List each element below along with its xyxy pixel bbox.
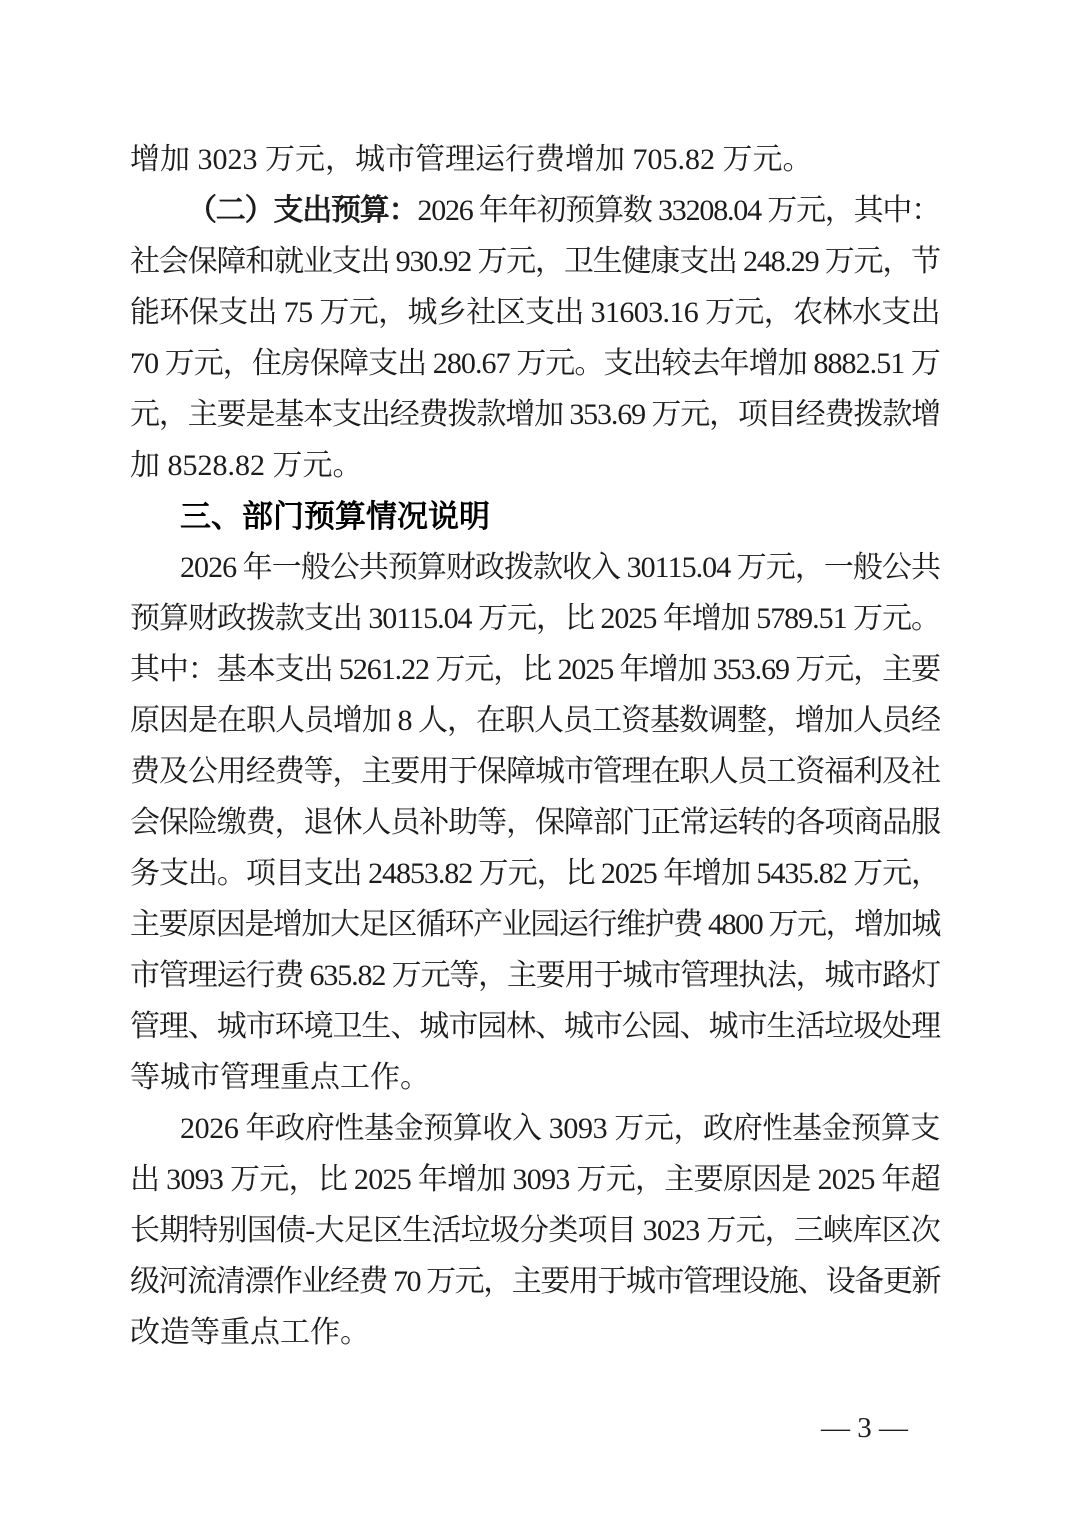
paragraph4-line: 级河流清漂作业经费 70 万元，主要用于城市管理设施、设备更新 bbox=[130, 1256, 940, 1307]
paragraph3-line: 市管理运行费 635.82 万元等，主要用于城市管理执法，城市路灯 bbox=[130, 950, 940, 1001]
paragraph3-line: 务支出。项目支出 24853.82 万元，比 2025 年增加 5435.82 … bbox=[130, 848, 940, 899]
paragraph3-line: 费及公用经费等，主要用于保障城市管理在职人员工资福利及社 bbox=[130, 746, 940, 797]
paragraph3-line: 预算财政拨款支出 30115.04 万元，比 2025 年增加 5789.51 … bbox=[130, 593, 940, 644]
paragraph2-line: 能环保支出 75 万元，城乡社区支出 31603.16 万元，农林水支出 bbox=[130, 287, 940, 338]
paragraph3-line: 等城市管理重点工作。 bbox=[130, 1052, 940, 1103]
paragraph2-text: 2026 年年初预算数 33208.04 万元，其中： bbox=[417, 194, 940, 227]
paragraph3-line: 会保险缴费，退休人员补助等，保障部门正常运转的各项商品服 bbox=[130, 797, 940, 848]
paragraph4-line: 改造等重点工作。 bbox=[130, 1307, 940, 1358]
paragraph2-line: 加 8528.82 万元。 bbox=[130, 440, 940, 491]
paragraph2-lead-label: （二）支出预算： bbox=[187, 194, 417, 227]
document-page: 增加 3023 万元，城市管理运行费增加 705.82 万元。 （二）支出预算：… bbox=[0, 0, 1074, 1520]
paragraph2-line: （二）支出预算：2026 年年初预算数 33208.04 万元，其中： bbox=[130, 185, 940, 236]
page-body: 增加 3023 万元，城市管理运行费增加 705.82 万元。 （二）支出预算：… bbox=[130, 134, 940, 1358]
paragraph2-line: 社会保障和就业支出 930.92 万元，卫生健康支出 248.29 万元，节 bbox=[130, 236, 940, 287]
paragraph3-line: 主要原因是增加大足区循环产业园运行维护费 4800 万元，增加城 bbox=[130, 899, 940, 950]
paragraph2-line: 70 万元，住房保障支出 280.67 万元。支出较去年增加 8882.51 万 bbox=[130, 338, 940, 389]
paragraph3-line: 其中：基本支出 5261.22 万元，比 2025 年增加 353.69 万元，… bbox=[130, 644, 940, 695]
paragraph1-line: 增加 3023 万元，城市管理运行费增加 705.82 万元。 bbox=[130, 134, 940, 185]
section-heading: 三、部门预算情况说明 bbox=[130, 491, 940, 542]
paragraph3-line: 管理、城市环境卫生、城市园林、城市公园、城市生活垃圾处理 bbox=[130, 1001, 940, 1052]
paragraph1-text: 增加 3023 万元，城市管理运行费增加 705.82 万元。 bbox=[130, 134, 813, 185]
paragraph4-line: 2026 年政府性基金预算收入 3093 万元，政府性基金预算支 bbox=[130, 1103, 940, 1154]
paragraph3-line: 2026 年一般公共预算财政拨款收入 30115.04 万元，一般公共 bbox=[130, 542, 940, 593]
page-number: — 3 — bbox=[0, 1406, 908, 1450]
paragraph2-line: 元，主要是基本支出经费拨款增加 353.69 万元，项目经费拨款增 bbox=[130, 389, 940, 440]
paragraph4-line: 出 3093 万元，比 2025 年增加 3093 万元，主要原因是 2025 … bbox=[130, 1154, 940, 1205]
paragraph3-line: 原因是在职人员增加 8 人，在职人员工资基数调整，增加人员经 bbox=[130, 695, 940, 746]
paragraph4-line: 长期特别国债-大足区生活垃圾分类项目 3023 万元，三峡库区次 bbox=[130, 1205, 940, 1256]
